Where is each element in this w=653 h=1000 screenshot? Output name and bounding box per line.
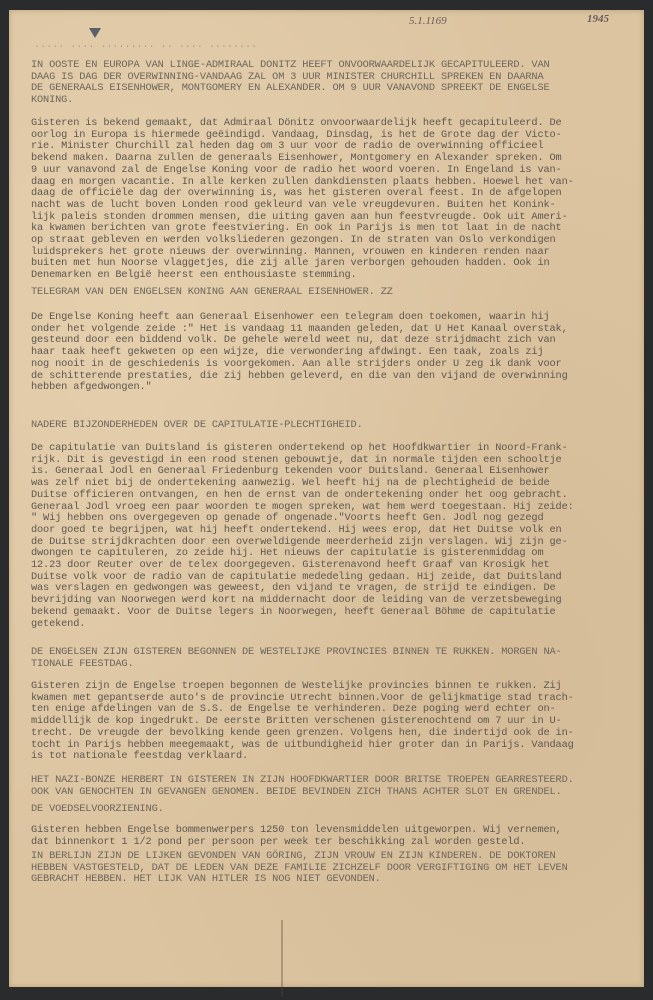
paper-fold-crease	[281, 920, 283, 997]
paragraph-western-provinces: Gisteren zijn de Engelse troepen begonne…	[31, 681, 631, 763]
typewritten-page: 5.1.1169 1945 ..... .... ......... .. ..…	[9, 10, 644, 987]
headline-food-supply: DE VOEDSELVOORZIENING.	[31, 804, 631, 816]
year-annotation: 1945	[587, 13, 609, 25]
paragraph-food-supply: Gisteren hebben Engelse bommenwerpers 12…	[31, 825, 631, 848]
paragraph-victory-day: Gisteren is bekend gemaakt, dat Admiraal…	[31, 118, 631, 282]
headline-king-telegram: TELEGRAM VAN DEN ENGELSEN KONING AAN GEN…	[31, 287, 631, 299]
headline-arrest: HET NAZI-BONZE HERBERT IN GISTEREN IN ZI…	[31, 775, 631, 798]
archive-number-annotation: 5.1.1169	[409, 15, 447, 27]
headline-capitulation: IN OOSTE EN EUROPA VAN LINGE-ADMIRAAL DO…	[31, 60, 631, 107]
paragraph-king-telegram: De Engelse Koning heeft aan Generaal Eis…	[31, 312, 631, 394]
headline-berlin-bodies: IN BERLIJN ZIJN DE LIJKEN GEVONDEN VAN G…	[31, 851, 631, 886]
paragraph-capitulation-ceremony: De capitulatie van Duitsland is gisteren…	[31, 443, 631, 630]
faint-header: ..... .... ......... .. .... ........	[34, 40, 634, 52]
headline-capitulation-ceremony: NADERE BIJZONDERHEDEN OVER DE CAPITULATI…	[31, 420, 631, 432]
headline-western-provinces: DE ENGELSEN ZIJN GISTEREN BEGONNEN DE WE…	[31, 647, 631, 670]
paper-tab-mark	[89, 28, 101, 38]
